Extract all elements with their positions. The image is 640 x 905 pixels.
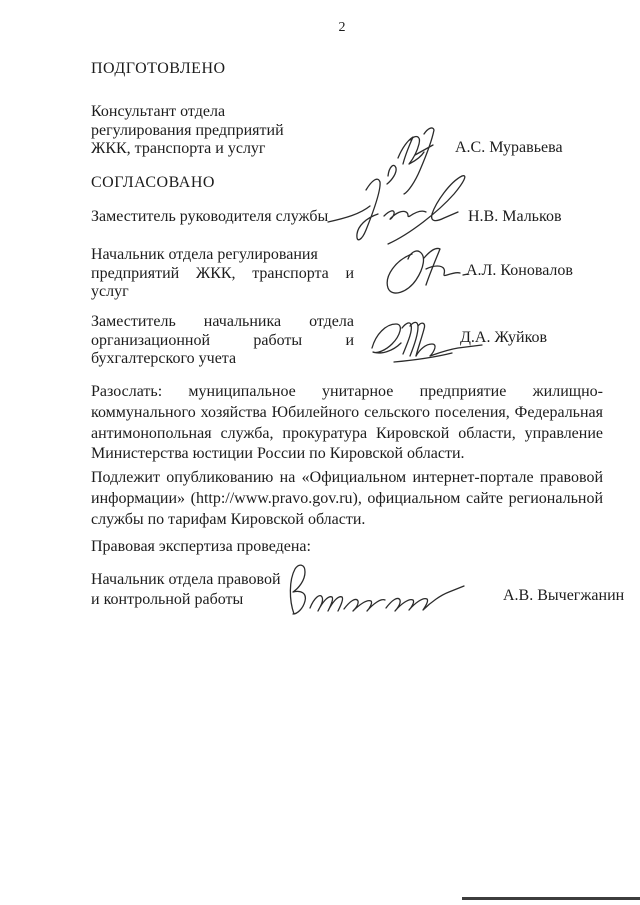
page-number: 2 bbox=[330, 20, 354, 36]
role-line: ЖКК, транспорта и услуг bbox=[91, 140, 354, 159]
signatory-name: А.Л. Коновалов bbox=[466, 262, 573, 280]
role-line: бухгалтерского учета bbox=[91, 350, 354, 369]
role-line: регулирования предприятий bbox=[91, 122, 354, 141]
legal-review-line: Правовая экспертиза проведена: bbox=[91, 538, 311, 557]
role-line: Консультант отдела bbox=[91, 103, 354, 122]
prepared-heading: ПОДГОТОВЛЕНО bbox=[91, 60, 226, 78]
distribution-paragraph: Разослать: муниципальное унитарное предп… bbox=[91, 382, 603, 465]
role-consultant: Консультант отдела регулирования предпри… bbox=[91, 103, 354, 159]
footer-rule bbox=[462, 897, 640, 900]
signatory-name: Н.В. Мальков bbox=[468, 208, 562, 226]
role-line: организационной работы и bbox=[91, 332, 354, 351]
role-line: предприятий ЖКК, транспорта и bbox=[91, 265, 354, 284]
role-deputy-head-org-dept: Заместитель начальника отдела организаци… bbox=[91, 313, 354, 369]
signature-konovalov bbox=[380, 244, 468, 302]
signatory-name: А.С. Муравьева bbox=[455, 139, 563, 157]
signatory-name: А.В. Вычегжанин bbox=[503, 587, 624, 605]
signatory-name: Д.А. Жуйков bbox=[460, 329, 547, 347]
agreed-heading: СОГЛАСОВАНО bbox=[91, 174, 215, 192]
publication-paragraph: Подлежит опубликованию на «Официальном и… bbox=[91, 468, 603, 530]
role-head-regulation-dept: Начальник отдела регулирования предприят… bbox=[91, 246, 354, 302]
signature-vychegzhanin bbox=[278, 562, 476, 618]
role-line: Заместитель начальника отдела bbox=[91, 313, 354, 332]
role-line: услуг bbox=[91, 283, 354, 302]
role-line: Начальник отдела регулирования bbox=[91, 246, 354, 265]
document-page: 2 ПОДГОТОВЛЕНО Консультант отдела регули… bbox=[0, 0, 640, 905]
